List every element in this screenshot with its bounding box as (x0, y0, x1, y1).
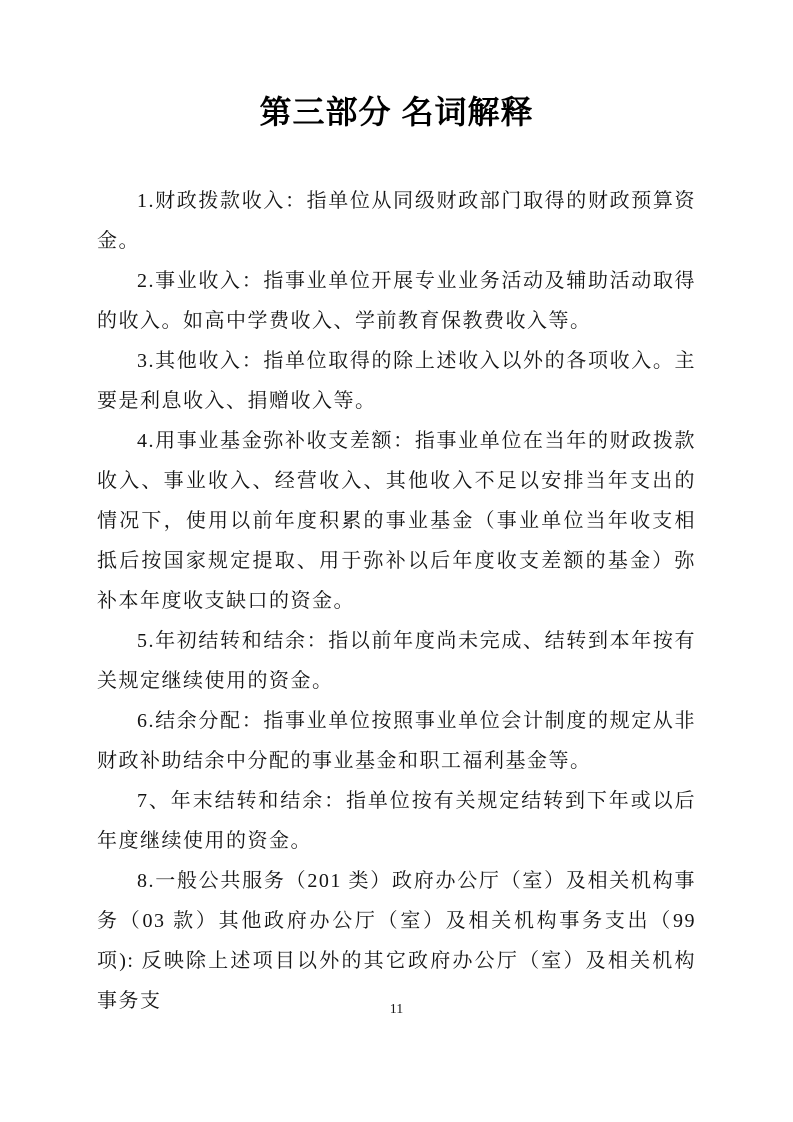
page-number: 11 (0, 1002, 793, 1018)
paragraph-surplus-distribution: 6.结余分配：指事业单位按照事业单位会计制度的规定从非财政补助结余中分配的事业基… (97, 701, 696, 781)
paragraph-beginning-year-carryover: 5.年初结转和结余：指以前年度尚未完成、结转到本年按有关规定继续使用的资金。 (97, 621, 696, 701)
paragraph-fund-deficit-coverage: 4.用事业基金弥补收支差额：指事业单位在当年的财政拨款收入、事业收入、经营收入、… (97, 421, 696, 621)
paragraph-fiscal-appropriation-income: 1.财政拨款收入：指单位从同级财政部门取得的财政预算资金。 (97, 181, 696, 261)
document-page: 第三部分 名词解释 1.财政拨款收入：指单位从同级财政部门取得的财政预算资金。 … (0, 0, 793, 1122)
paragraph-operating-income: 2.事业收入：指事业单位开展专业业务活动及辅助活动取得的收入。如高中学费收入、学… (97, 261, 696, 341)
paragraph-year-end-carryover: 7、年末结转和结余：指单位按有关规定结转到下年或以后年度继续使用的资金。 (97, 781, 696, 861)
paragraph-general-public-service: 8.一般公共服务（201 类）政府办公厅（室）及相关机构事务（03 款）其他政府… (97, 861, 696, 1021)
page-title: 第三部分 名词解释 (0, 0, 793, 131)
paragraph-other-income: 3.其他收入：指单位取得的除上述收入以外的各项收入。主要是利息收入、捐赠收入等。 (97, 341, 696, 421)
document-body: 1.财政拨款收入：指单位从同级财政部门取得的财政预算资金。 2.事业收入：指事业… (97, 181, 696, 1021)
